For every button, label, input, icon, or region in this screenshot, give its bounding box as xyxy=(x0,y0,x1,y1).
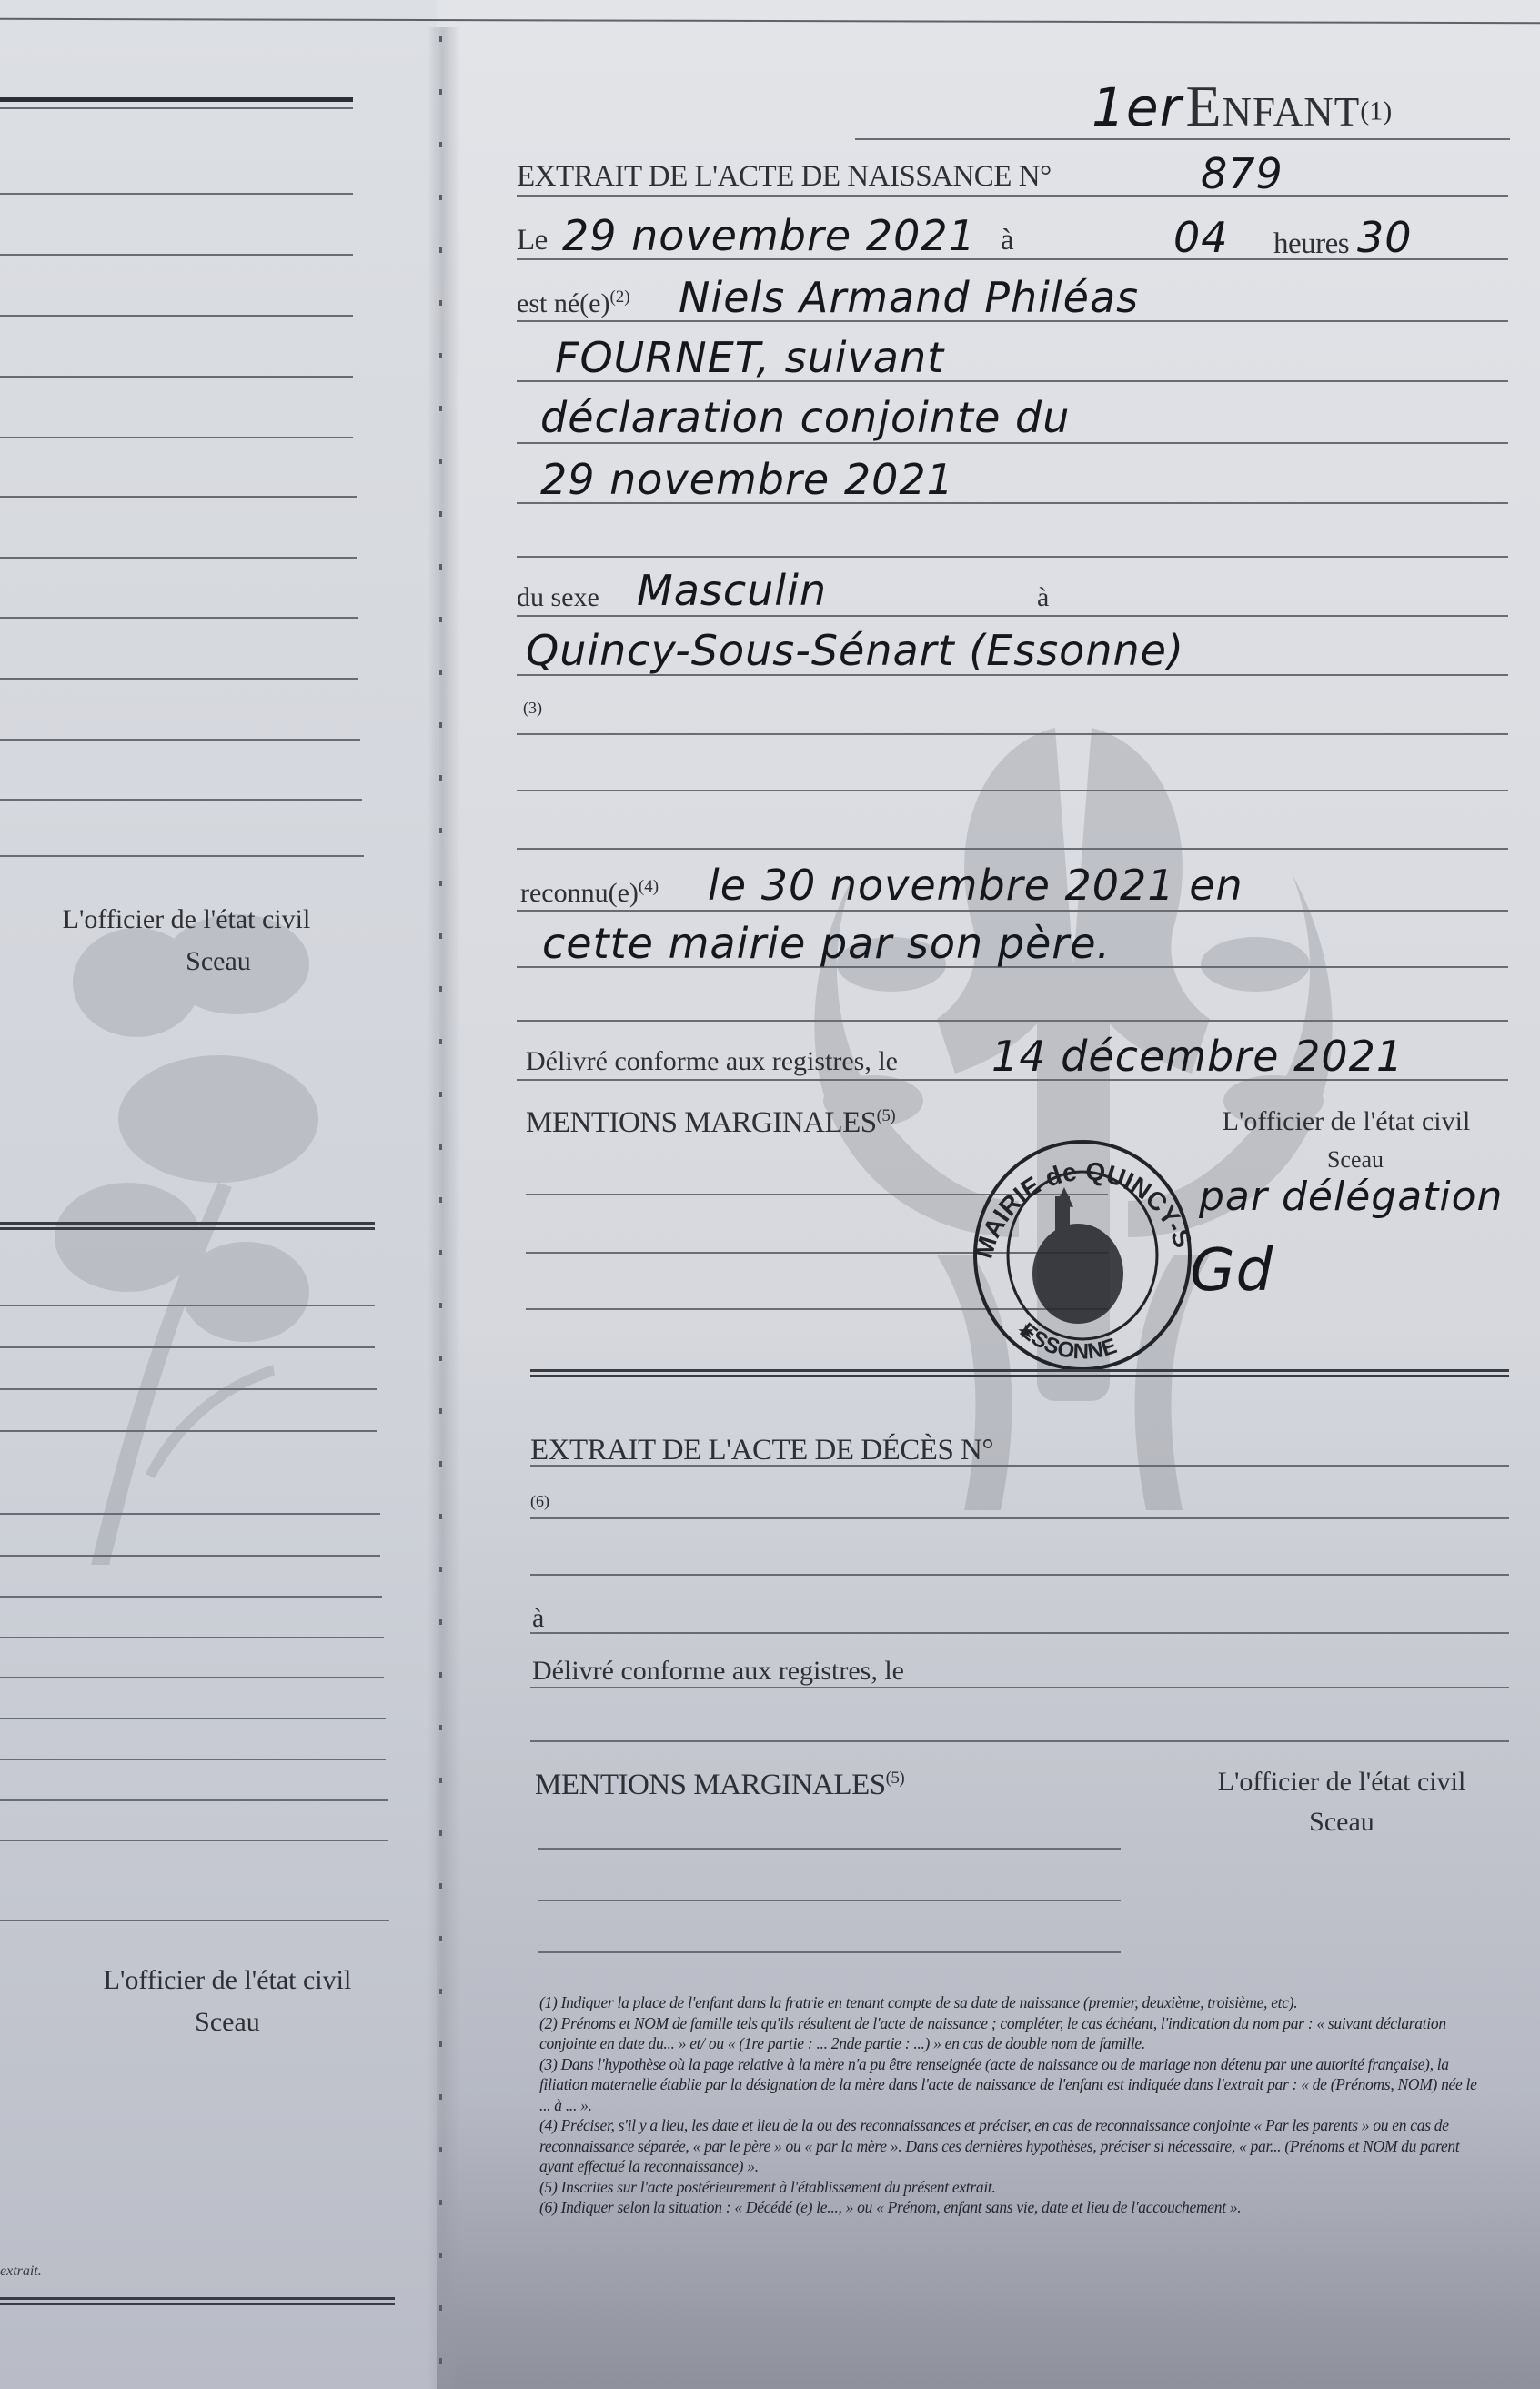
death-mentions-ref: (5) xyxy=(886,1769,905,1788)
left-rule xyxy=(0,315,353,317)
footnote-5: (5) Inscrites sur l'acte postérieurement… xyxy=(539,2177,1485,2198)
left-rule xyxy=(0,1388,377,1390)
death-delivered-rule xyxy=(530,1687,1509,1688)
left-rule xyxy=(0,855,364,857)
death-delivered-label: Délivré conforme aux registres, le xyxy=(532,1656,904,1687)
left-rule xyxy=(0,376,353,378)
left-seal-label-2: Sceau xyxy=(73,2007,382,2038)
death-mentions-text: MENTIONS MARGINALES xyxy=(535,1769,886,1801)
death-place-rule xyxy=(530,1632,1509,1634)
signature-initials: Gd xyxy=(1190,1237,1273,1305)
birth-extract-label: EXTRAIT DE L'ACTE DE NAISSANCE N° xyxy=(517,160,1052,194)
footnote-3: (3) Dans l'hypothèse où la page relative… xyxy=(539,2054,1485,2116)
birth-at-label: à xyxy=(1001,224,1013,257)
sex-value: Masculin xyxy=(637,566,827,615)
born-label-text: est né(e) xyxy=(517,288,609,318)
child-name-line-4: 29 novembre 2021 xyxy=(540,455,954,504)
death-officer-label: L'officier de l'état civil xyxy=(1178,1767,1505,1798)
birth-hours-label: heures xyxy=(1273,227,1349,261)
footnote-4: (4) Préciser, s'il y a lieu, les date et… xyxy=(539,2115,1485,2177)
left-seal-label: Sceau xyxy=(36,946,400,977)
left-rule xyxy=(0,1677,384,1678)
page-fold xyxy=(428,27,460,2389)
delivered-label: Délivré conforme aux registres, le xyxy=(526,1046,898,1077)
binding-stitch xyxy=(439,36,442,2365)
death-footnote-ref: (6) xyxy=(530,1492,549,1511)
birth-seal-label: Sceau xyxy=(1264,1146,1446,1174)
birth-minutes-value: 30 xyxy=(1357,213,1413,262)
death-mentions-rule xyxy=(538,1951,1121,1953)
left-rule xyxy=(0,107,353,109)
left-rule xyxy=(0,437,353,438)
birth-place-value: Quincy-Sous-Sénart (Essonne) xyxy=(526,626,1184,675)
left-rule xyxy=(0,1718,386,1719)
child-name-line-2: FOURNET, suivant xyxy=(555,333,944,382)
leaf-watermark-icon xyxy=(36,910,418,1565)
blank-rule xyxy=(517,848,1508,850)
left-rule xyxy=(0,799,362,801)
mentions-label-text: MENTIONS MARGINALES xyxy=(526,1106,877,1139)
name-rule xyxy=(517,442,1508,444)
left-rule xyxy=(0,678,358,680)
left-rule xyxy=(0,1555,380,1557)
mentions-label: MENTIONS MARGINALES(5) xyxy=(526,1106,895,1140)
death-at-label: à xyxy=(532,1603,544,1634)
death-mentions-label: MENTIONS MARGINALES(5) xyxy=(535,1769,904,1802)
child-name-line-3: déclaration conjointe du xyxy=(540,393,1070,442)
left-officer-label-2: L'officier de l'état civil xyxy=(73,1965,382,1996)
left-rule xyxy=(0,193,353,195)
stamp-star: ★ xyxy=(1017,1320,1035,1343)
left-rule xyxy=(0,1346,375,1348)
left-rule xyxy=(0,1920,389,1921)
left-officer-label: L'officier de l'état civil xyxy=(36,904,337,935)
left-rule xyxy=(0,1637,384,1638)
death-extract-rule xyxy=(530,1465,1509,1467)
death-seal-label: Sceau xyxy=(1251,1807,1433,1838)
death-mentions-rule xyxy=(538,1848,1121,1850)
left-rule xyxy=(0,496,357,498)
birth-officer-label: L'officier de l'état civil xyxy=(1183,1106,1510,1137)
footnote-1: (1) Indiquer la place de l'enfant dans l… xyxy=(539,1992,1485,2013)
recognized-label: reconnu(e)(4) xyxy=(520,877,659,909)
left-rule xyxy=(0,254,353,256)
recognized-label-text: reconnu(e) xyxy=(520,878,639,908)
left-rule xyxy=(0,1305,375,1306)
left-divider-double xyxy=(0,1222,375,1225)
left-rule xyxy=(0,1799,388,1801)
blank-rule xyxy=(517,556,1508,558)
footnote-6: (6) Indiquer selon la situation : « Décé… xyxy=(539,2197,1485,2218)
recognized-footnote-ref: (4) xyxy=(639,877,659,896)
left-rule xyxy=(0,1513,380,1515)
recognized-line-2: cette mairie par son père. xyxy=(542,919,1111,968)
left-rule xyxy=(0,617,358,619)
birth-extract-number: 879 xyxy=(1201,149,1283,198)
left-bottom-divider xyxy=(0,2297,395,2300)
footnote-2: (2) Prénoms et NOM de famille tels qu'il… xyxy=(539,2013,1485,2054)
recognized-rule xyxy=(517,910,1508,912)
left-fragment-text: extrait. xyxy=(0,2263,42,2280)
sex-label: du sexe xyxy=(517,582,599,613)
left-divider-thick xyxy=(0,97,353,102)
footnotes: (1) Indiquer la place de l'enfant dans l… xyxy=(539,1992,1485,2218)
death-rule xyxy=(530,1574,1509,1576)
death-extract-label: EXTRAIT DE L'ACTE DE DÉCÈS N° xyxy=(530,1434,993,1467)
left-rule xyxy=(0,557,357,559)
signature-delegation: par délégation xyxy=(1199,1174,1503,1220)
recognized-line-1: le 30 novembre 2021 en xyxy=(708,861,1243,910)
left-rule xyxy=(0,1430,377,1432)
left-rule xyxy=(0,1759,386,1760)
mother-footnote-ref: (3) xyxy=(523,699,542,718)
birth-date-value: 29 novembre 2021 xyxy=(562,211,976,260)
born-label: est né(e)(2) xyxy=(517,287,630,319)
death-rule xyxy=(530,1517,1509,1519)
delivered-date-value: 14 décembre 2021 xyxy=(991,1032,1404,1081)
mairie-stamp-icon: MAIRIE de QUINCY-SOUS-SÉNART ESSONNE ★ xyxy=(964,1124,1201,1378)
mentions-footnote-ref: (5) xyxy=(877,1106,896,1125)
blank-rule xyxy=(517,790,1508,791)
death-blank-rule xyxy=(530,1740,1509,1742)
child-order-title: 1er Enfant(1) xyxy=(1092,73,1392,140)
left-rule xyxy=(0,1840,388,1841)
mother-rule xyxy=(517,733,1508,735)
death-mentions-rule xyxy=(538,1900,1121,1901)
section-divider xyxy=(530,1369,1509,1372)
place-at-label: à xyxy=(1037,582,1049,613)
left-rule xyxy=(0,739,360,741)
child-name-line-1: Niels Armand Philéas xyxy=(679,273,1139,322)
born-footnote-ref: (2) xyxy=(609,287,629,307)
sex-rule xyxy=(517,615,1508,617)
child-order-value: 1er xyxy=(1092,76,1182,138)
enfant-title: Enfant xyxy=(1185,74,1360,138)
birth-hour-value: 04 xyxy=(1173,213,1229,262)
birth-extract-rule xyxy=(517,195,1508,197)
left-rule xyxy=(0,1596,382,1598)
title-footnote-ref: (1) xyxy=(1360,96,1392,126)
birth-date-prefix: Le xyxy=(517,224,548,257)
blank-rule xyxy=(517,1020,1508,1022)
